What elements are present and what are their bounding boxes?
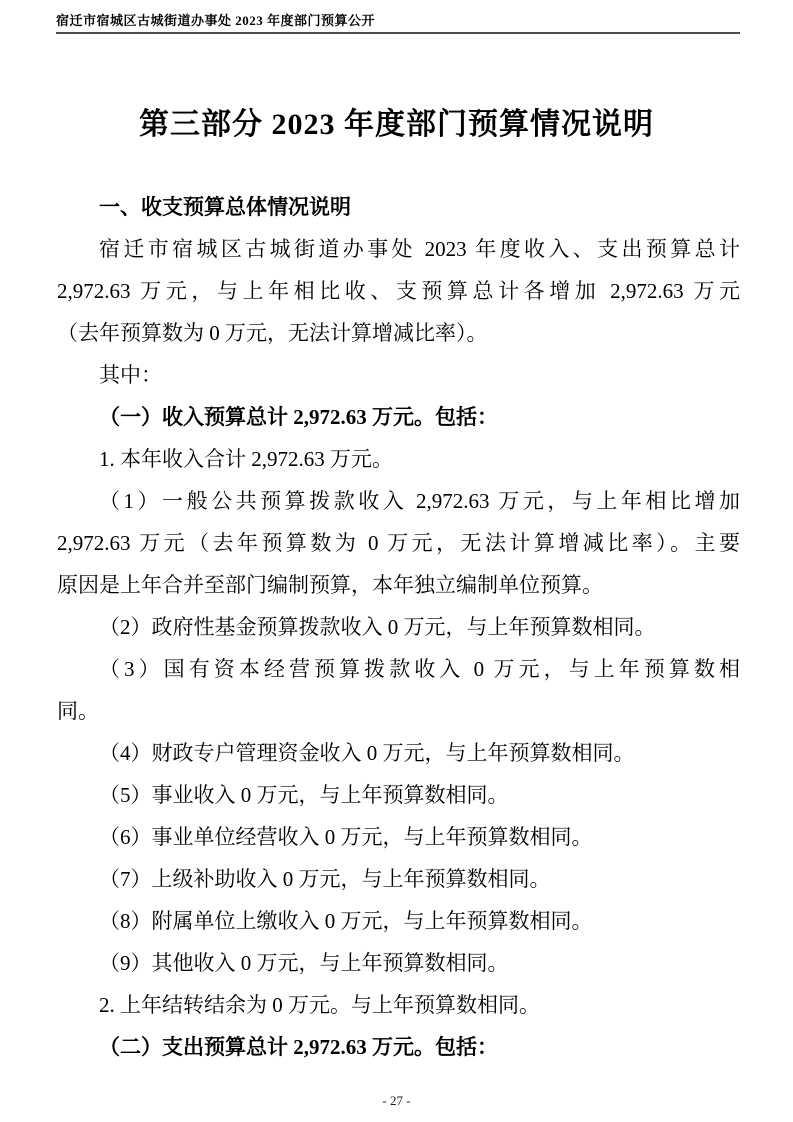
paragraph-line: 2,972.63 万元（去年预算数为 0 万元，无法计算增减比率）。主要 bbox=[57, 522, 740, 564]
page-title: 第三部分 2023 年度部门预算情况说明 bbox=[0, 103, 793, 147]
paragraph-line: 2. 上年结转结余为 0 万元。与上年预算数相同。 bbox=[57, 984, 740, 1026]
page-number: - 27 - bbox=[0, 1093, 793, 1109]
page-header: 宿迁市宿城区古城街道办事处 2023 年度部门预算公开 bbox=[56, 11, 740, 34]
paragraph-line: （5）事业收入 0 万元，与上年预算数相同。 bbox=[57, 774, 740, 816]
paragraph-line: （1）一般公共预算拨款收入 2,972.63 万元，与上年相比增加 bbox=[57, 480, 740, 522]
document-body: 一、收支预算总体情况说明 宿迁市宿城区古城街道办事处 2023 年度收入、支出预… bbox=[57, 186, 740, 1068]
document-page: 宿迁市宿城区古城街道办事处 2023 年度部门预算公开 第三部分 2023 年度… bbox=[0, 0, 793, 1122]
header-text: 宿迁市宿城区古城街道办事处 2023 年度部门预算公开 bbox=[56, 11, 740, 30]
paragraph-line: （二）支出预算总计 2,972.63 万元。包括： bbox=[57, 1026, 740, 1068]
paragraph-line: （4）财政专户管理资金收入 0 万元，与上年预算数相同。 bbox=[57, 732, 740, 774]
paragraph-line: （去年预算数为 0 万元，无法计算增减比率）。 bbox=[57, 312, 740, 354]
paragraph-line: （3）国有资本经营预算拨款收入 0 万元，与上年预算数相 bbox=[57, 648, 740, 690]
paragraph-line: 宿迁市宿城区古城街道办事处 2023 年度收入、支出预算总计 bbox=[57, 228, 740, 270]
paragraph-line: （2）政府性基金预算拨款收入 0 万元，与上年预算数相同。 bbox=[57, 606, 740, 648]
paragraph-line: 同。 bbox=[57, 690, 740, 732]
paragraph-line: （8）附属单位上缴收入 0 万元，与上年预算数相同。 bbox=[57, 900, 740, 942]
paragraph-line: 其中： bbox=[57, 354, 740, 396]
paragraphs-container: 宿迁市宿城区古城街道办事处 2023 年度收入、支出预算总计2,972.63 万… bbox=[57, 228, 740, 1068]
paragraph-line: （9）其他收入 0 万元，与上年预算数相同。 bbox=[57, 942, 740, 984]
paragraph-line: （7）上级补助收入 0 万元，与上年预算数相同。 bbox=[57, 858, 740, 900]
header-rule bbox=[56, 32, 740, 34]
paragraph-line: 2,972.63 万元，与上年相比收、支预算总计各增加 2,972.63 万元 bbox=[57, 270, 740, 312]
paragraph-line: （一）收入预算总计 2,972.63 万元。包括： bbox=[57, 396, 740, 438]
paragraph-line: （6）事业单位经营收入 0 万元，与上年预算数相同。 bbox=[57, 816, 740, 858]
paragraph-line: 1. 本年收入合计 2,972.63 万元。 bbox=[57, 438, 740, 480]
section-heading: 一、收支预算总体情况说明 bbox=[57, 186, 740, 228]
paragraph-line: 原因是上年合并至部门编制预算，本年独立编制单位预算。 bbox=[57, 564, 740, 606]
